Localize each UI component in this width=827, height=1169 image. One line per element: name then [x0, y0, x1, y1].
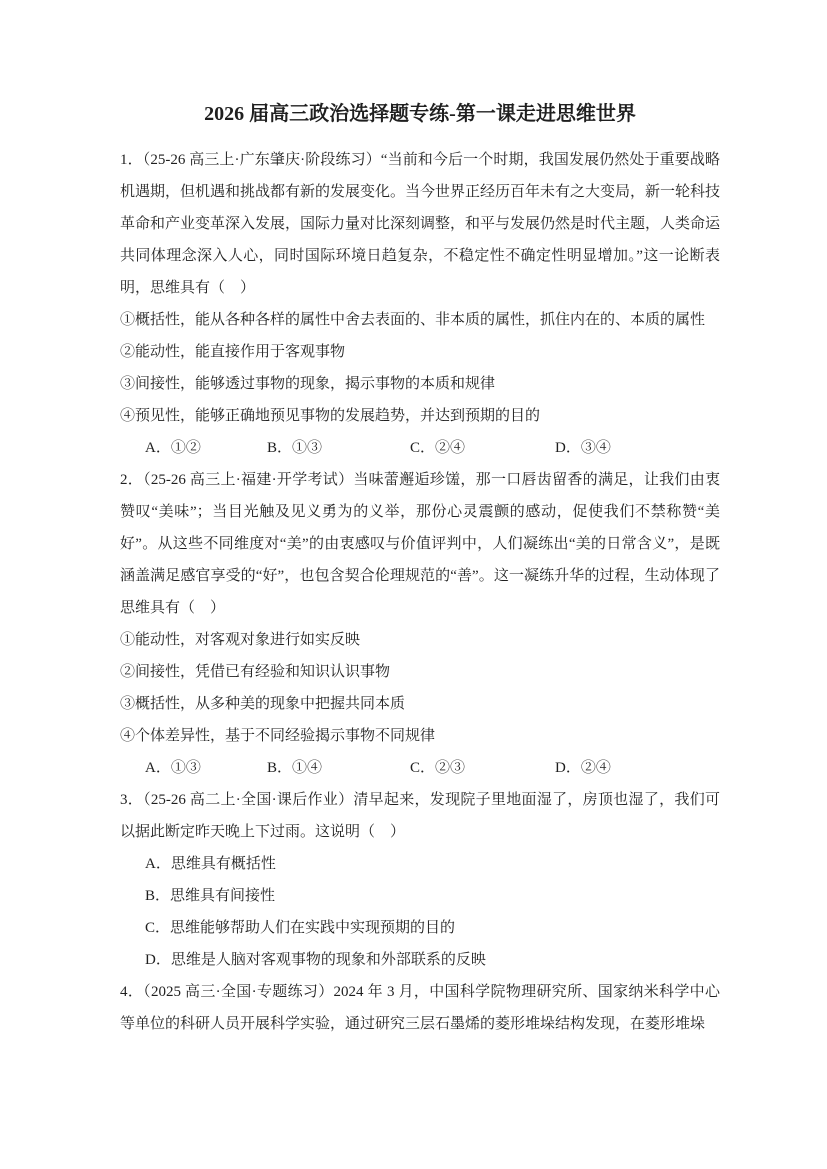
worksheet-body: 2026 届高三政治选择题专练-第一课走进思维世界 1．（25-26 高三上·广…	[120, 0, 720, 1040]
question-3: 3．（25-26 高二上·全国·课后作业）清早起来，发现院子里地面湿了，房顶也湿…	[120, 784, 720, 976]
question-2-choice-b: B．①④	[267, 752, 410, 784]
document-page: 2026 届高三政治选择题专练-第一课走进思维世界 1．（25-26 高三上·广…	[0, 0, 827, 1169]
question-2-statement-1: ①能动性，对客观对象进行如实反映	[120, 624, 720, 656]
question-2-choice-c: C．②③	[410, 752, 555, 784]
question-1-choice-c: C．②④	[410, 432, 555, 464]
question-4: 4．（2025 高三·全国·专题练习）2024 年 3 月，中国科学院物理研究所…	[120, 976, 720, 1040]
question-2-statement-3: ③概括性，从多种美的现象中把握共同本质	[120, 688, 720, 720]
question-2-choices-row: A．①③ B．①④ C．②③ D．②④	[120, 752, 720, 784]
question-3-choice-a: A．思维具有概括性	[120, 848, 720, 880]
page-title: 2026 届高三政治选择题专练-第一课走进思维世界	[120, 100, 720, 128]
question-1-statement-4: ④预见性，能够正确地预见事物的发展趋势，并达到预期的目的	[120, 400, 720, 432]
question-1-choice-b: B．①③	[267, 432, 410, 464]
question-3-choice-b: B．思维具有间接性	[120, 880, 720, 912]
question-2-choice-a: A．①③	[145, 752, 267, 784]
question-1-statement-3: ③间接性，能够透过事物的现象，揭示事物的本质和规律	[120, 368, 720, 400]
question-2-choice-d: D．②④	[555, 752, 611, 784]
question-3-choice-c: C．思维能够帮助人们在实践中实现预期的目的	[120, 912, 720, 944]
question-2-statement-2: ②间接性，凭借已有经验和知识认识事物	[120, 656, 720, 688]
question-2: 2．（25-26 高三上·福建·开学考试）当味蕾邂逅珍馐，那一口唇齿留香的满足，…	[120, 464, 720, 784]
question-3-stem: 3．（25-26 高二上·全国·课后作业）清早起来，发现院子里地面湿了，房顶也湿…	[120, 784, 720, 848]
question-1-choice-d: D．③④	[555, 432, 611, 464]
question-2-stem: 2．（25-26 高三上·福建·开学考试）当味蕾邂逅珍馐，那一口唇齿留香的满足，…	[120, 464, 720, 624]
question-1-statement-2: ②能动性，能直接作用于客观事物	[120, 336, 720, 368]
question-1-choices-row: A．①② B．①③ C．②④ D．③④	[120, 432, 720, 464]
question-1-choice-a: A．①②	[145, 432, 267, 464]
question-3-choice-d: D．思维是人脑对客观事物的现象和外部联系的反映	[120, 944, 720, 976]
question-1: 1．（25-26 高三上·广东肇庆·阶段练习）“当前和今后一个时期，我国发展仍然…	[120, 144, 720, 464]
question-1-stem: 1．（25-26 高三上·广东肇庆·阶段练习）“当前和今后一个时期，我国发展仍然…	[120, 144, 720, 304]
question-1-statement-1: ①概括性，能从各种各样的属性中舍去表面的、非本质的属性，抓住内在的、本质的属性	[120, 304, 720, 336]
question-4-stem: 4．（2025 高三·全国·专题练习）2024 年 3 月，中国科学院物理研究所…	[120, 976, 720, 1040]
question-2-statement-4: ④个体差异性，基于不同经验揭示事物不同规律	[120, 720, 720, 752]
